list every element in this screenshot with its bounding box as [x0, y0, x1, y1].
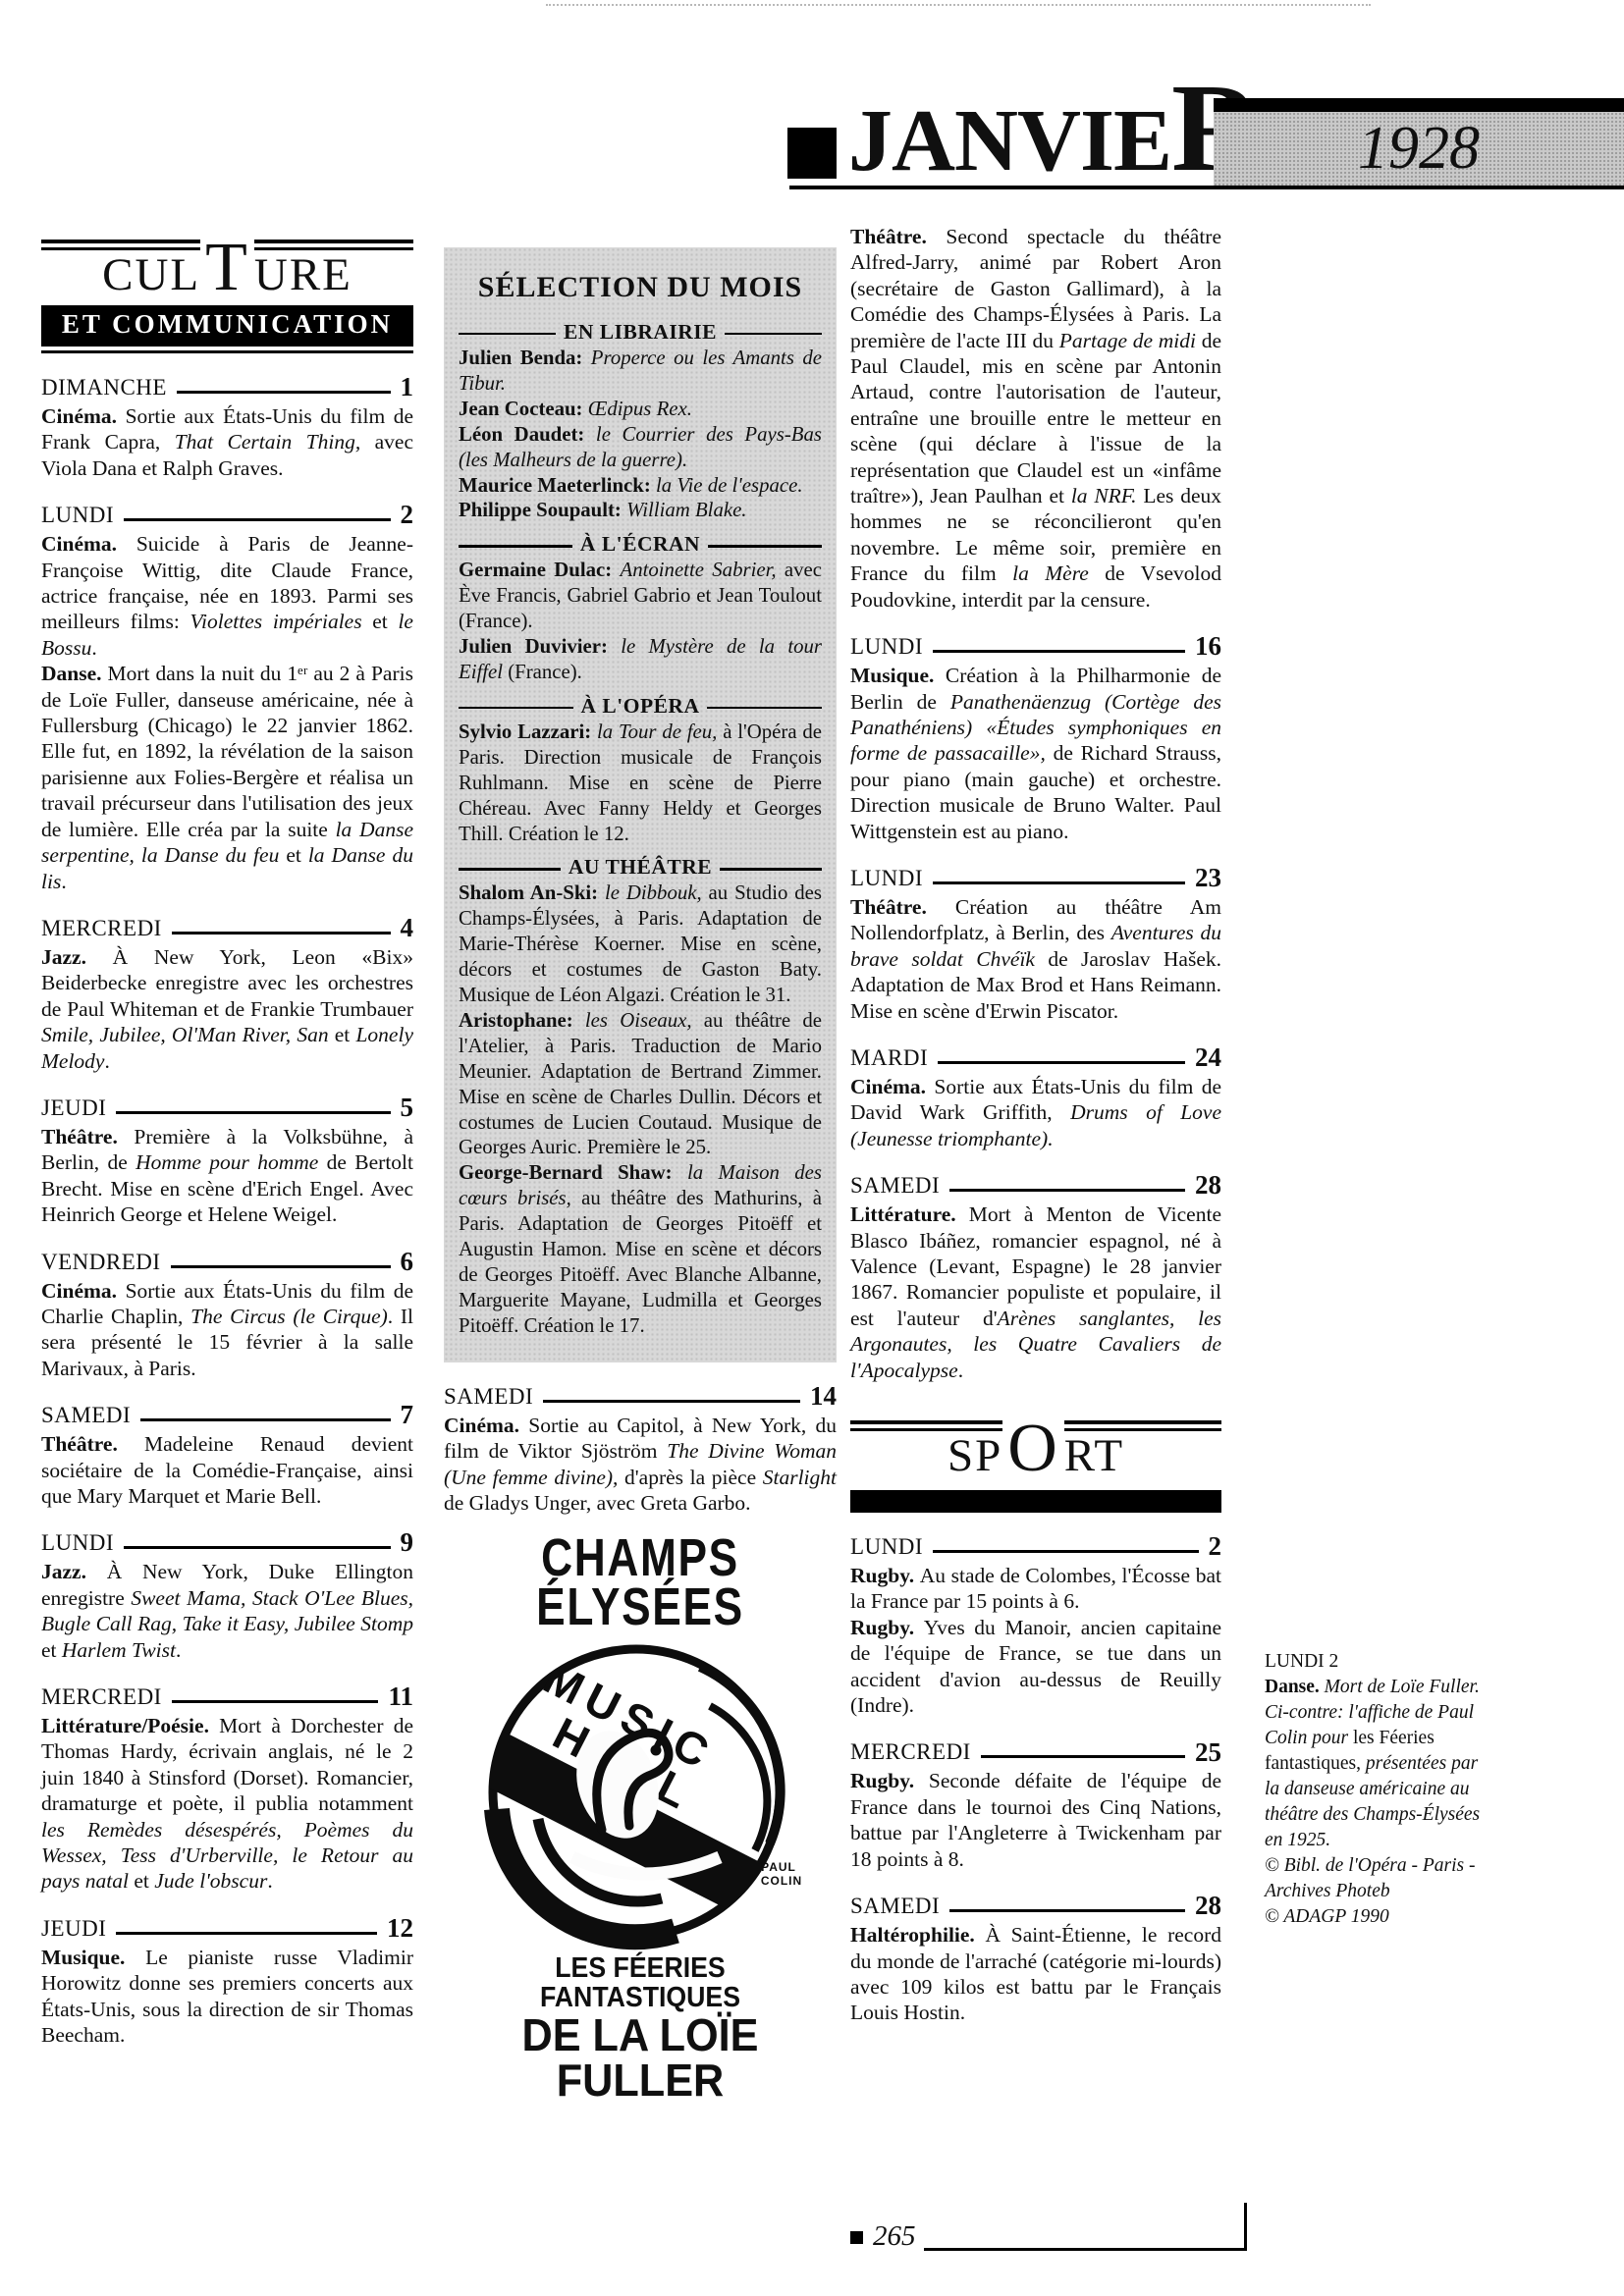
entry-paragraph: Haltérophilie. À Saint-Étienne, le recor…: [850, 1922, 1221, 2026]
caption-paragraph: LUNDI 2: [1265, 1649, 1489, 1675]
selection-section-header: EN LIBRAIRIE: [459, 320, 822, 345]
footer-corner-rule: [924, 2203, 1248, 2251]
entry-header: SAMEDI 28: [850, 1174, 1221, 1197]
entry-day: DIMANCHE: [41, 376, 167, 399]
heading-rule-left: [459, 868, 561, 871]
selection-section-header: AU THÉÂTRE: [459, 855, 822, 880]
page-number: 265: [873, 2222, 916, 2251]
entry-header: LUNDI 2: [850, 1535, 1221, 1558]
culture-big-letter: T: [200, 230, 254, 305]
scan-artifact-line: [546, 4, 1371, 6]
entry-header: MARDI 24: [850, 1046, 1221, 1069]
entry-header: MERCREDI 4: [41, 917, 413, 939]
entry-date-number: 24: [1195, 1046, 1221, 1069]
masthead-black-bar: [1214, 98, 1624, 112]
entry-header: VENDREDI 6: [41, 1251, 413, 1273]
sport-entries: LUNDI 2 Rugby. Au stade de Colombes, l'É…: [850, 1535, 1221, 2026]
entry-day: LUNDI: [850, 1535, 923, 1558]
caption-paragraph: Danse. Mort de Loïe Fuller. Ci-contre: l…: [1265, 1675, 1489, 1853]
day-entry: MERCREDI 4 Jazz. À New York, Leon «Bix» …: [41, 917, 413, 1074]
selection-item: Léon Daudet: le Courrier des Pays-Bas (l…: [459, 422, 822, 473]
entry-date-number: 23: [1195, 867, 1221, 889]
sport-title: SPORT: [850, 1420, 1221, 1484]
entry-date-number: 1: [401, 376, 414, 399]
entry-day: LUNDI: [850, 635, 923, 658]
heading-rule-right: [708, 545, 822, 548]
entry-rule: [124, 518, 390, 521]
entry-rule: [172, 932, 391, 934]
entry-rule: [543, 1400, 800, 1403]
entry-date-number: 7: [401, 1404, 414, 1426]
entry-paragraph: Cinéma. Sortie aux États-Unis du film de…: [850, 1074, 1221, 1151]
day-entry: MERCREDI 11 Littérature/Poésie. Mort à D…: [41, 1685, 413, 1895]
loie-fuller-poster: CHAMPS ÉLYSÉES MUSIC HALL: [444, 1533, 837, 2103]
poster-art: MUSIC HALL PAUL COLIN: [455, 1635, 826, 1951]
entry-header: LUNDI 9: [41, 1531, 413, 1554]
selection-items: Shalom An-Ski: le Dibbouk, au Studio des…: [459, 881, 822, 1338]
margin-caption: LUNDI 2Danse. Mort de Loïe Fuller. Ci-co…: [1265, 1649, 1489, 1930]
magazine-page: JANVIE R 1928 CULTURE ET COMMUNICATION D…: [0, 0, 1624, 2296]
selection-section: EN LIBRAIRIE Julien Benda: Properce ou l…: [459, 320, 822, 523]
sport-big-letter: O: [1002, 1411, 1064, 1486]
entry-paragraph: Cinéma. Sortie aux États-Unis du film de…: [41, 1278, 413, 1382]
artist-signature-line2: COLIN: [761, 1874, 802, 1888]
right-column-entries: LUNDI 16 Musique. Création à la Philharm…: [850, 635, 1221, 1383]
day-entry: LUNDI 9 Jazz. À New York, Duke Ellington…: [41, 1531, 413, 1663]
day-entry: SAMEDI 14 Cinéma. Sortie au Capitol, à N…: [444, 1385, 837, 1517]
day-entry: LUNDI 23 Théâtre. Création au théâtre Am…: [850, 867, 1221, 1024]
entry-body: Musique. Création à la Philharmonie de B…: [850, 663, 1221, 844]
entry-header: JEUDI 5: [41, 1096, 413, 1119]
selection-item: Julien Duvivier: le Mystère de la tour E…: [459, 634, 822, 685]
entry-date-number: 25: [1195, 1741, 1221, 1764]
entry-day: LUNDI: [850, 867, 923, 889]
selection-item: Philippe Soupault: William Blake.: [459, 498, 822, 523]
entry-paragraph: Cinéma. Sortie au Capitol, à New York, d…: [444, 1413, 837, 1517]
middle-column-entries: SAMEDI 14 Cinéma. Sortie au Capitol, à N…: [444, 1385, 837, 1517]
entry-rule: [116, 1932, 377, 1935]
entry-day: VENDREDI: [41, 1251, 161, 1273]
entry-day: JEUDI: [41, 1096, 106, 1119]
poster-venue-line1: CHAMPS: [479, 1533, 801, 1582]
selection-item: Maurice Maeterlinck: la Vie de l'espace.: [459, 473, 822, 499]
masthead-rule: [789, 186, 1624, 189]
entry-date-number: 4: [401, 917, 414, 939]
square-bullet-icon: [787, 128, 837, 179]
poster-venue-line2: ÉLYSÉES: [479, 1582, 801, 1631]
selection-box: SÉLECTION DU MOIS EN LIBRAIRIE Julien Be…: [444, 247, 837, 1362]
selection-item: Shalom An-Ski: le Dibbouk, au Studio des…: [459, 881, 822, 1008]
entry-header: MERCREDI 25: [850, 1740, 1221, 1763]
entry-body: Rugby. Au stade de Colombes, l'Écosse ba…: [850, 1563, 1221, 1718]
entry-header: LUNDI 23: [850, 867, 1221, 889]
entry-day: SAMEDI: [850, 1174, 940, 1197]
masthead: JANVIE R: [787, 77, 1260, 192]
day-entry: DIMANCHE 1 Cinéma. Sortie aux États-Unis…: [41, 376, 413, 481]
entry-day: MERCREDI: [41, 1685, 162, 1708]
selection-item: George-Bernard Shaw: la Maison des cœurs…: [459, 1160, 822, 1338]
entry-rule: [124, 1546, 390, 1549]
year-badge: 1928: [1214, 112, 1624, 186]
selection-items: Sylvio Lazzari: la Tour de feu, à l'Opér…: [459, 720, 822, 847]
day-entry: LUNDI 2 Rugby. Au stade de Colombes, l'É…: [850, 1535, 1221, 1718]
selection-section-heading: AU THÉÂTRE: [568, 855, 712, 880]
entry-date-number: 2: [1209, 1535, 1222, 1558]
selection-section: À L'OPÉRA Sylvio Lazzari: la Tour de feu…: [459, 694, 822, 847]
selection-section: À L'ÉCRAN Germaine Dulac: Antoinette Sab…: [459, 532, 822, 685]
entry-body: Cinéma. Sortie aux États-Unis du film de…: [41, 1278, 413, 1382]
entry-day: SAMEDI: [850, 1895, 940, 1917]
entry-day: MERCREDI: [850, 1740, 971, 1763]
selection-section-header: À L'ÉCRAN: [459, 532, 822, 557]
heading-rule-right: [707, 707, 822, 710]
entry-rule: [938, 1061, 1185, 1064]
entry-paragraph: Cinéma. Sortie aux États-Unis du film de…: [41, 403, 413, 481]
day-entry: SAMEDI 28 Littérature. Mort à Menton de …: [850, 1174, 1221, 1383]
culture-section-header: CULTURE ET COMMUNICATION: [41, 232, 413, 353]
artist-signature-line1: PAUL: [761, 1860, 796, 1874]
entry-day: LUNDI: [41, 504, 114, 526]
entry-day: SAMEDI: [444, 1385, 533, 1408]
entry-body: Cinéma. Suicide à Paris de Jeanne-Franço…: [41, 531, 413, 894]
day-entry: MARDI 24 Cinéma. Sortie aux États-Unis d…: [850, 1046, 1221, 1151]
entry-header: MERCREDI 11: [41, 1685, 413, 1708]
selection-items: Julien Benda: Properce ou les Amants de …: [459, 346, 822, 523]
selection-section-header: À L'OPÉRA: [459, 694, 822, 719]
sport-section-header: SPORT: [850, 1413, 1221, 1513]
entry-header: SAMEDI 7: [41, 1404, 413, 1426]
entry-paragraph: Théâtre. Madeleine Renaud devient sociét…: [41, 1431, 413, 1509]
entry-body: Cinéma. Sortie aux États-Unis du film de…: [41, 403, 413, 481]
entry-body: Cinéma. Sortie aux États-Unis du film de…: [850, 1074, 1221, 1151]
entry-rule: [981, 1755, 1185, 1758]
entry-body: Cinéma. Sortie au Capitol, à New York, d…: [444, 1413, 837, 1517]
selection-sections: EN LIBRAIRIE Julien Benda: Properce ou l…: [459, 320, 822, 1339]
day-entry: MERCREDI 25 Rugby. Seconde défaite de l'…: [850, 1740, 1221, 1872]
entry-body: Haltérophilie. À Saint-Étienne, le recor…: [850, 1922, 1221, 2026]
entry-paragraph: Théâtre. Création au théâtre Am Nollendo…: [850, 894, 1221, 1024]
poster-caption-line2: DE LA LOÏE FULLER: [456, 2012, 825, 2103]
entry-rule: [116, 1111, 390, 1114]
entry-rule: [949, 1189, 1185, 1192]
entry-date-number: 28: [1195, 1174, 1221, 1197]
culture-column: CULTURE ET COMMUNICATION DIMANCHE 1 Ciné…: [41, 232, 413, 2049]
entry-date-number: 5: [401, 1096, 414, 1119]
selection-item: Aristophane: les Oiseaux, au théâtre de …: [459, 1008, 822, 1160]
entry-body: Jazz. À New York, Leon «Bix» Beiderbecke…: [41, 944, 413, 1074]
day-entry: VENDREDI 6 Cinéma. Sortie aux États-Unis…: [41, 1251, 413, 1382]
entry-paragraph: Rugby. Au stade de Colombes, l'Écosse ba…: [850, 1563, 1221, 1615]
entry-rule: [171, 1265, 391, 1268]
culture-underline: [41, 350, 413, 353]
culture-title: CULTURE: [41, 240, 413, 303]
entry-rule: [933, 881, 1185, 884]
heading-rule-left: [459, 545, 572, 548]
entry-rule: [140, 1418, 390, 1421]
entry-date-number: 14: [810, 1385, 837, 1408]
entry-paragraph: Littérature/Poésie. Mort à Dorchester de…: [41, 1713, 413, 1895]
entry-date-number: 11: [388, 1685, 413, 1708]
poster-caption-line1: LES FÉERIES FANTASTIQUES: [460, 1953, 821, 2012]
caption-paragraph: © Bibl. de l'Opéra - Paris - Archives Ph…: [1265, 1853, 1489, 1904]
selection-item: Jean Cocteau: Œdipus Rex.: [459, 397, 822, 422]
entry-rule: [933, 1550, 1198, 1553]
entry-paragraph: Musique. Création à la Philharmonie de B…: [850, 663, 1221, 844]
entry-date-number: 9: [401, 1531, 414, 1554]
entry-body: Jazz. À New York, Duke Ellington enregis…: [41, 1559, 413, 1663]
entry-body: Littérature. Mort à Menton de Vicente Bl…: [850, 1201, 1221, 1383]
selection-title: SÉLECTION DU MOIS: [459, 271, 822, 304]
sport-black-bar: [850, 1490, 1221, 1513]
entry-paragraph: Danse. Mort dans la nuit du 1ᵉʳ au 2 à P…: [41, 661, 413, 894]
margin-caption-paragraphs: LUNDI 2Danse. Mort de Loïe Fuller. Ci-co…: [1265, 1649, 1489, 1930]
selection-section-heading: À L'OPÉRA: [581, 694, 700, 719]
entry-day: SAMEDI: [41, 1404, 131, 1426]
selection-section: AU THÉÂTRE Shalom An-Ski: le Dibbouk, au…: [459, 855, 822, 1338]
theatre-continuation-paragraph: Théâtre. Second spectacle du théâtre Alf…: [850, 224, 1221, 613]
entry-rule: [177, 391, 391, 394]
entry-date-number: 12: [387, 1917, 413, 1940]
entry-paragraph: Théâtre. Première à la Volksbühne, à Ber…: [41, 1124, 413, 1228]
selection-item: Sylvio Lazzari: la Tour de feu, à l'Opér…: [459, 720, 822, 847]
caption-paragraph: © ADAGP 1990: [1265, 1904, 1489, 1930]
entry-paragraph: Littérature. Mort à Menton de Vicente Bl…: [850, 1201, 1221, 1383]
entry-body: Musique. Le pianiste russe Vladimir Horo…: [41, 1945, 413, 2049]
heading-rule-left: [459, 707, 573, 710]
selection-item: Germaine Dulac: Antoinette Sabrier, avec…: [459, 558, 822, 634]
entry-rule: [933, 650, 1185, 653]
day-entry: SAMEDI 7 Théâtre. Madeleine Renaud devie…: [41, 1404, 413, 1509]
entry-date-number: 28: [1195, 1895, 1221, 1917]
entry-paragraph: Rugby. Yves du Manoir, ancien capitaine …: [850, 1615, 1221, 1719]
day-entry: JEUDI 5 Théâtre. Première à la Volksbühn…: [41, 1096, 413, 1228]
entry-day: JEUDI: [41, 1917, 106, 1940]
day-entry: LUNDI 2 Cinéma. Suicide à Paris de Jeann…: [41, 504, 413, 894]
entry-body: Théâtre. Création au théâtre Am Nollendo…: [850, 894, 1221, 1024]
entry-paragraph: Cinéma. Suicide à Paris de Jeanne-Franço…: [41, 531, 413, 661]
day-entry: SAMEDI 28 Haltérophilie. À Saint-Étienne…: [850, 1895, 1221, 2026]
entry-date-number: 16: [1195, 635, 1221, 658]
selection-section-heading: EN LIBRAIRIE: [564, 320, 717, 345]
entry-day: LUNDI: [41, 1531, 114, 1554]
culture-subtitle-bar: ET COMMUNICATION: [41, 305, 413, 347]
culture-entries: DIMANCHE 1 Cinéma. Sortie aux États-Unis…: [41, 376, 413, 2049]
day-entry: LUNDI 16 Musique. Création à la Philharm…: [850, 635, 1221, 844]
heading-rule-right: [725, 333, 822, 336]
entry-body: Théâtre. Première à la Volksbühne, à Ber…: [41, 1124, 413, 1228]
entry-paragraph: Musique. Le pianiste russe Vladimir Horo…: [41, 1945, 413, 2049]
heading-rule-right: [720, 868, 822, 871]
entry-header: JEUDI 12: [41, 1917, 413, 1940]
entry-date-number: 2: [401, 504, 414, 526]
square-bullet-icon: [850, 2231, 863, 2244]
selection-items: Germaine Dulac: Antoinette Sabrier, avec…: [459, 558, 822, 685]
selection-item: Julien Benda: Properce ou les Amants de …: [459, 346, 822, 397]
page-footer: 265: [850, 2203, 1247, 2251]
middle-column: SÉLECTION DU MOIS EN LIBRAIRIE Julien Be…: [444, 247, 837, 2103]
entry-rule: [949, 1909, 1185, 1912]
entry-paragraph: Jazz. À New York, Duke Ellington enregis…: [41, 1559, 413, 1663]
day-entry: JEUDI 12 Musique. Le pianiste russe Vlad…: [41, 1917, 413, 2049]
entry-header: LUNDI 2: [41, 504, 413, 526]
entry-header: LUNDI 16: [850, 635, 1221, 658]
entry-date-number: 6: [401, 1251, 414, 1273]
entry-header: SAMEDI 28: [850, 1895, 1221, 1917]
entry-body: Littérature/Poésie. Mort à Dorchester de…: [41, 1713, 413, 1895]
entry-body: Théâtre. Madeleine Renaud devient sociét…: [41, 1431, 413, 1509]
entry-day: MARDI: [850, 1046, 928, 1069]
entry-paragraph: Rugby. Seconde défaite de l'équipe de Fr…: [850, 1768, 1221, 1872]
heading-rule-left: [459, 333, 556, 336]
entry-paragraph: Jazz. À New York, Leon «Bix» Beiderbecke…: [41, 944, 413, 1074]
selection-section-heading: À L'ÉCRAN: [580, 532, 700, 557]
entry-day: MERCREDI: [41, 917, 162, 939]
entry-header: DIMANCHE 1: [41, 376, 413, 399]
right-column: Théâtre. Second spectacle du théâtre Alf…: [850, 224, 1221, 2026]
month-title: JANVIE: [848, 90, 1171, 192]
entry-body: Rugby. Seconde défaite de l'équipe de Fr…: [850, 1768, 1221, 1872]
entry-header: SAMEDI 14: [444, 1385, 837, 1408]
entry-rule: [172, 1700, 379, 1703]
